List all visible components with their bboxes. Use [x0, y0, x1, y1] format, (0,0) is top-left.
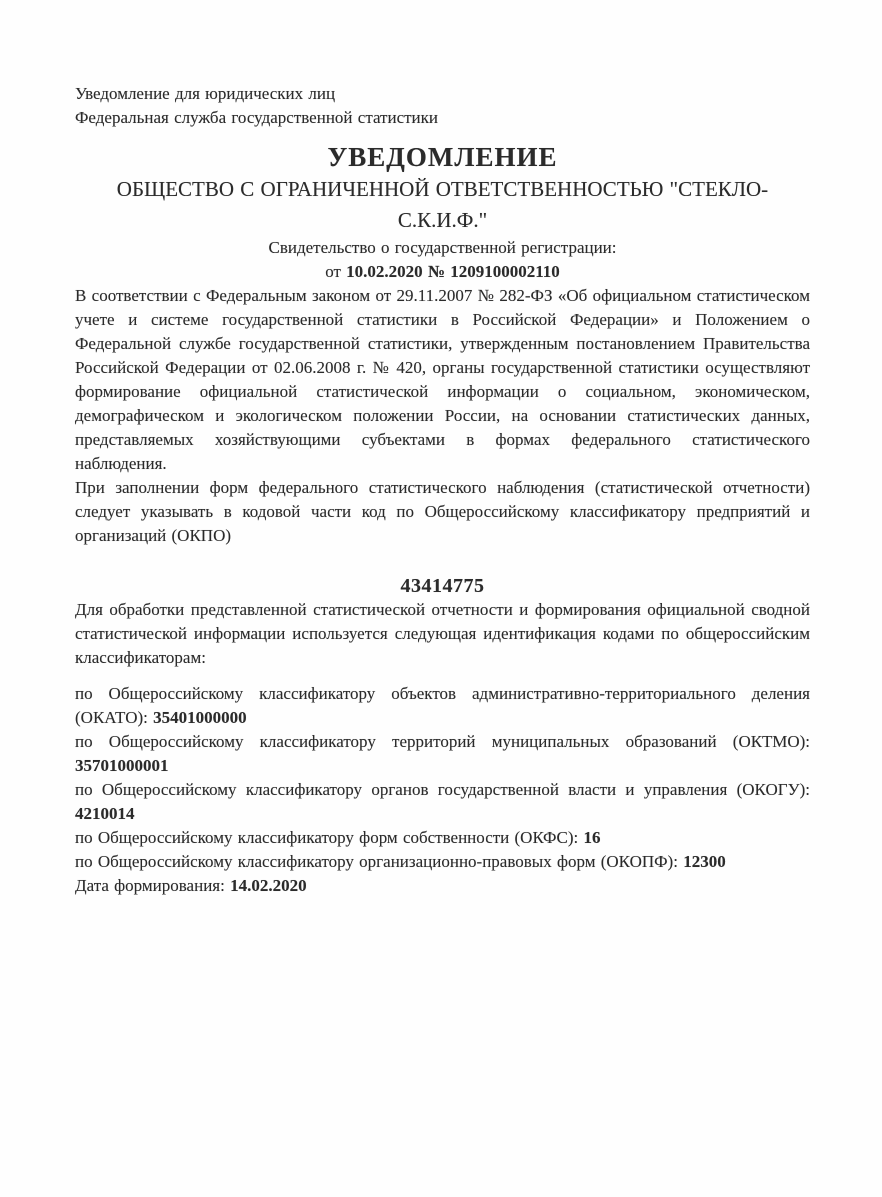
- classifier-okopf: по Общероссийскому классификатору органи…: [75, 850, 810, 874]
- registration-number-prefix: от: [325, 262, 341, 281]
- classifier-oktmo-value: 35701000001: [75, 756, 169, 775]
- classifier-okogu-label: по Общероссийскому классификатору органо…: [75, 780, 810, 799]
- classifier-okfs: по Общероссийскому классификатору форм с…: [75, 826, 810, 850]
- paragraph-legal-basis: В соответствии с Федеральным законом от …: [75, 284, 810, 476]
- document-title: УВЕДОМЛЕНИЕ: [75, 142, 810, 172]
- classifier-okfs-label: по Общероссийскому классификатору форм с…: [75, 828, 578, 847]
- formation-date-value: 14.02.2020: [230, 876, 307, 895]
- paragraph-classifier-intro: Для обработки представленной статистичес…: [75, 598, 810, 670]
- okpo-code: 43414775: [75, 574, 810, 598]
- formation-date-label: Дата формирования:: [75, 876, 225, 895]
- classifier-okato-value: 35401000000: [153, 708, 247, 727]
- header-note: Уведомление для юридических лиц: [75, 82, 810, 106]
- registration-number: 10.02.2020 № 1209100002110: [346, 262, 560, 281]
- classifier-okopf-value: 12300: [683, 852, 726, 871]
- classifier-okfs-value: 16: [583, 828, 600, 847]
- registration-number-line: от 10.02.2020 № 1209100002110: [75, 260, 810, 284]
- classifier-okogu: по Общероссийскому классификатору органо…: [75, 778, 810, 826]
- classifier-okopf-label: по Общероссийскому классификатору органи…: [75, 852, 678, 871]
- classifier-okato: по Общероссийскому классификатору объект…: [75, 682, 810, 730]
- paragraph-okpo-instruction: При заполнении форм федерального статист…: [75, 476, 810, 548]
- classifier-list: по Общероссийскому классификатору объект…: [75, 682, 810, 898]
- company-name: ОБЩЕСТВО С ОГРАНИЧЕННОЙ ОТВЕТСТВЕННОСТЬЮ…: [93, 174, 793, 236]
- formation-date: Дата формирования: 14.02.2020: [75, 874, 810, 898]
- classifier-oktmo: по Общероссийскому классификатору террит…: [75, 730, 810, 778]
- classifier-oktmo-label: по Общероссийскому классификатору террит…: [75, 732, 810, 751]
- registration-heading: Свидетельство о государственной регистра…: [75, 236, 810, 260]
- document-page: Уведомление для юридических лиц Федераль…: [0, 0, 882, 1197]
- classifier-okogu-value: 4210014: [75, 804, 135, 823]
- agency-name: Федеральная служба государственной стати…: [75, 106, 810, 130]
